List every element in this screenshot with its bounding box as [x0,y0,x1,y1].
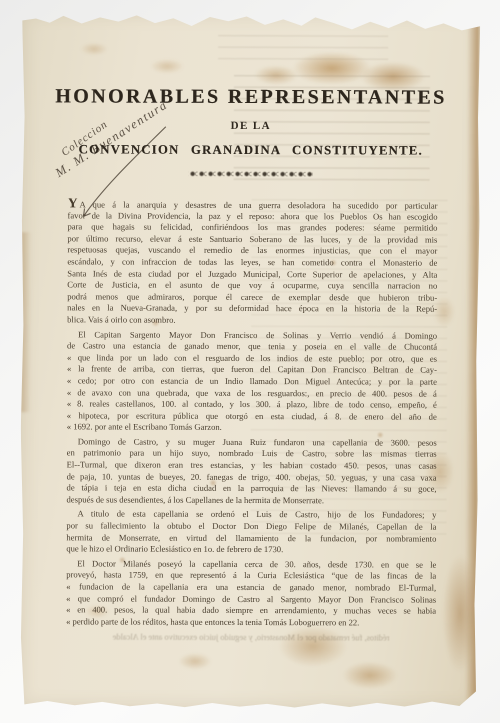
text-line: YA que á la anarquia y desastres de una … [68,198,438,211]
text-line: « 8. reales castellanos, 100. al contado… [67,398,437,411]
stain [292,51,372,85]
photo-background: Coleccion M. M. Buenaventura HONORABLES … [0,0,500,723]
text-line: « 1692. por ante el Escribano Tomás Garz… [67,422,437,435]
stain [150,59,184,74]
stain [442,554,478,674]
text-line: El--Turmal, que dixeron eran tres estanc… [67,459,437,472]
text-line: « cedo; por otro con estancia de un Indi… [67,375,437,388]
ink-bleed-through [218,35,388,62]
text-line: escándalo, y con infraccion de todas las… [67,256,437,269]
body-paragraph: Domingo de Castro, y su muger Juana Ruiz… [66,436,436,507]
text-line: por su fallecimiento la obtubo el Doctor… [66,520,436,533]
chain-ornament-divider [189,170,313,178]
text-line: « perdido parte de los réditos, hasta qu… [66,616,436,629]
stain [278,625,348,667]
text-line: Corte de Justicia, en el asunto de que v… [67,280,437,293]
text-line: « fundacion de la capellania era una est… [66,581,436,594]
body-text: YA que á la anarquia y desastres de una … [66,198,437,629]
text-line: después de sus desendientes, á los Capel… [66,494,436,507]
verso-bleed-text: réditos, fué rematado por el Monasterio,… [66,632,436,642]
document-subtitle-dela: DE LA [22,120,480,133]
body-paragraph: El Doctor Milanés poseyó la capellania c… [66,558,436,629]
stain [80,42,108,55]
stained-left-edge [21,232,32,412]
document-page: Coleccion M. M. Buenaventura HONORABLES … [20,12,480,709]
stain [254,65,298,85]
document-subtitle-convencion: CONVENCION GRANADINA CONSTITUYENTE. [22,143,480,157]
text-line: que le hizo el Ordinario Eclesiástico en… [66,544,436,557]
text-line: para que hagais su felicidad, confiriénd… [67,222,437,235]
title-block: HONORABLES REPRESENTANTES DE LA CONVENCI… [22,86,480,178]
body-paragraph: YA que á la anarquia y desastres de una … [67,198,437,327]
text-line: « en 400. pesos, la qual habia dado siem… [66,605,436,618]
document-title: HONORABLES REPRESENTANTES [22,86,480,108]
text-line: blica. Vais á oirlo con asombro. [67,314,437,327]
stain [342,661,398,689]
stain [178,653,212,670]
body-paragraph: El Capitan Sargento Mayor Don Francisco … [67,329,437,435]
text-line: de Castro una estancia de ganado menor, … [67,340,437,353]
body-paragraph: A titulo de esta capellania se ordenó el… [66,509,436,557]
